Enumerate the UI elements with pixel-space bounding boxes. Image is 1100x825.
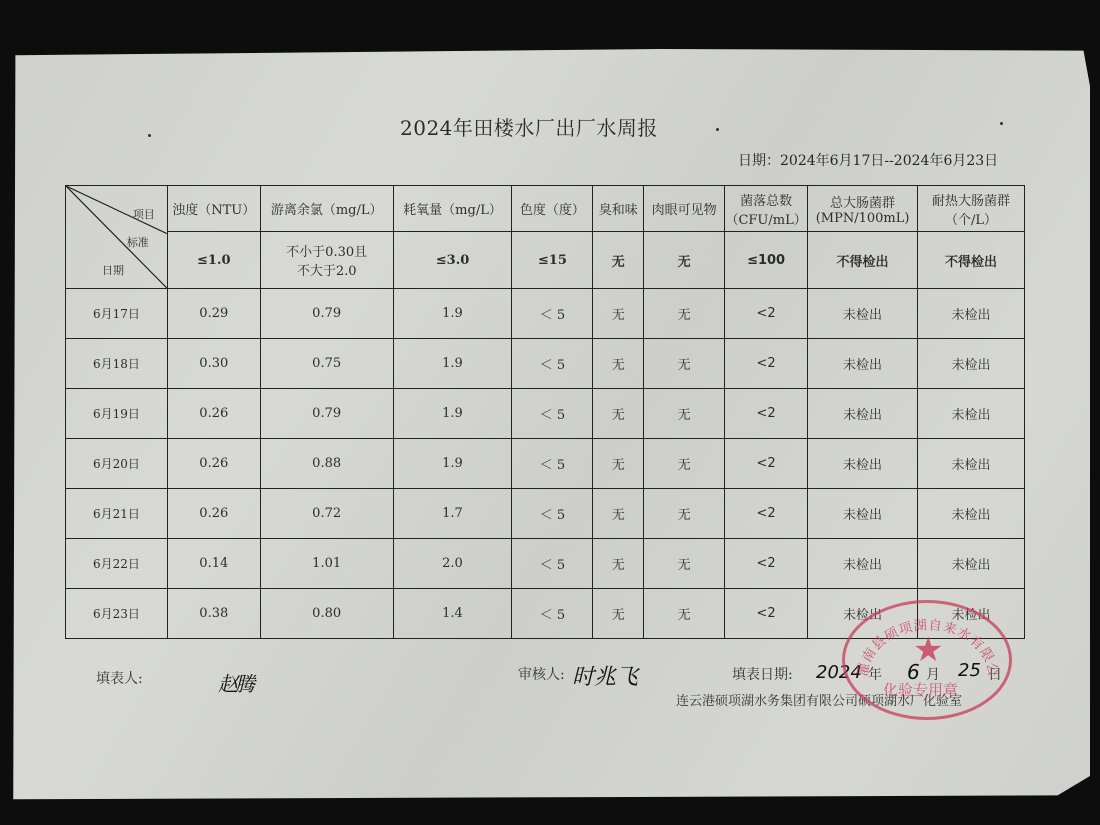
cell-visible: 无 — [644, 589, 725, 639]
std-chlorine-l1: 不小于0.30且 — [286, 245, 367, 260]
cell-turbidity: 0.26 — [167, 439, 260, 489]
cell-thermo: 未检出 — [918, 439, 1025, 489]
std-chlorine-l2: 不大于2.0 — [297, 264, 357, 279]
cell-odor: 无 — [593, 289, 644, 339]
col-header-coliform-l1: 总大肠菌群 — [830, 196, 895, 211]
cell-color: ＜ 5 — [512, 439, 593, 489]
cell-turbidity: 0.14 — [167, 539, 260, 589]
cell-color: ＜ 5 — [512, 289, 593, 339]
speck — [148, 134, 151, 137]
water-quality-table: 项目 标准 日期 浊度（NTU） 游离余氯（mg/L） 耗氧量（mg/L） 色度… — [65, 185, 1025, 639]
cell-chlorine: 1.01 — [260, 539, 393, 589]
standard-row: ≤1.0 不小于0.30且不大于2.0 ≤3.0 ≤15 无 无 ≤100 不得… — [66, 232, 1025, 289]
cell-oxygen: 1.9 — [393, 439, 512, 489]
col-header-visible: 肉眼可见物 — [644, 186, 725, 232]
corner-standard-label: 标准 — [127, 234, 149, 250]
col-header-coliform: 总大肠菌群(MPN/100mL) — [808, 186, 918, 232]
cell-coliform: 未检出 — [808, 389, 918, 439]
std-visible: 无 — [644, 232, 725, 289]
reviewer-signature: 时兆飞 — [572, 660, 638, 691]
table-row: 6月17日 0.29 0.79 1.9 ＜ 5 无 无 <2 未检出 未检出 — [66, 289, 1025, 339]
col-header-thermo-l2: （个/L） — [945, 213, 997, 228]
cell-turbidity: 0.38 — [167, 589, 260, 639]
cell-colony: <2 — [725, 539, 808, 589]
col-header-oxygen: 耗氧量（mg/L） — [393, 186, 512, 232]
cell-oxygen: 1.9 — [393, 339, 512, 389]
cell-thermo: 未检出 — [918, 489, 1025, 539]
official-seal: 灌南县硕项湖自来水有限公司 ★ 化验专用章 — [842, 600, 1012, 720]
cell-turbidity: 0.26 — [167, 489, 260, 539]
table-row: 6月20日 0.26 0.88 1.9 ＜ 5 无 无 <2 未检出 未检出 — [66, 439, 1025, 489]
reviewer-label: 审核人: — [518, 664, 565, 684]
cell-visible: 无 — [644, 389, 725, 439]
row-date: 6月23日 — [66, 589, 168, 639]
cell-odor: 无 — [593, 389, 644, 439]
cell-odor: 无 — [593, 439, 644, 489]
cell-thermo: 未检出 — [918, 339, 1025, 389]
corner-cell: 项目 标准 日期 — [66, 186, 168, 289]
cell-color: ＜ 5 — [512, 489, 593, 539]
cell-odor: 无 — [593, 539, 644, 589]
cell-coliform: 未检出 — [808, 539, 918, 589]
std-odor: 无 — [593, 232, 644, 289]
std-colony: ≤100 — [725, 232, 808, 289]
col-header-colony-l1: 菌落总数 — [740, 194, 792, 209]
row-date: 6月18日 — [66, 339, 168, 389]
cell-oxygen: 1.4 — [393, 589, 512, 639]
fill-date-label: 填表日期: — [732, 664, 793, 684]
cell-oxygen: 1.7 — [393, 489, 512, 539]
cell-color: ＜ 5 — [512, 539, 593, 589]
col-header-color: 色度（度） — [512, 186, 593, 232]
corner-item-label: 项目 — [133, 206, 155, 222]
cell-chlorine: 0.80 — [260, 589, 393, 639]
cell-odor: 无 — [593, 589, 644, 639]
corner-date-label: 日期 — [102, 262, 124, 278]
cell-oxygen: 2.0 — [393, 539, 512, 589]
cell-coliform: 未检出 — [808, 289, 918, 339]
speck — [716, 128, 719, 131]
table-row: 6月19日 0.26 0.79 1.9 ＜ 5 无 无 <2 未检出 未检出 — [66, 389, 1025, 439]
row-date: 6月20日 — [66, 439, 168, 489]
cell-coliform: 未检出 — [808, 439, 918, 489]
std-oxygen: ≤3.0 — [393, 232, 512, 289]
star-icon: ★ — [913, 633, 943, 667]
cell-turbidity: 0.30 — [167, 339, 260, 389]
row-date: 6月19日 — [66, 389, 168, 439]
cell-visible: 无 — [644, 289, 725, 339]
col-header-turbidity: 浊度（NTU） — [167, 186, 260, 232]
cell-colony: <2 — [725, 339, 808, 389]
document-title: 2024年田楼水厂出厂水周报 — [400, 112, 658, 141]
cell-coliform: 未检出 — [808, 339, 918, 389]
cell-chlorine: 0.75 — [260, 339, 393, 389]
cell-turbidity: 0.29 — [167, 289, 260, 339]
cell-visible: 无 — [644, 489, 725, 539]
std-chlorine: 不小于0.30且不大于2.0 — [260, 232, 393, 289]
cell-odor: 无 — [593, 489, 644, 539]
row-date: 6月17日 — [66, 289, 168, 339]
filler-signature: 赵腾 — [218, 668, 252, 697]
row-date: 6月21日 — [66, 489, 168, 539]
std-color: ≤15 — [512, 232, 593, 289]
cell-color: ＜ 5 — [512, 589, 593, 639]
row-date: 6月22日 — [66, 539, 168, 589]
cell-thermo: 未检出 — [918, 539, 1025, 589]
cell-color: ＜ 5 — [512, 339, 593, 389]
cell-colony: <2 — [725, 489, 808, 539]
filler-label: 填表人: — [96, 668, 143, 688]
cell-chlorine: 0.79 — [260, 389, 393, 439]
cell-thermo: 未检出 — [918, 389, 1025, 439]
cell-chlorine: 0.72 — [260, 489, 393, 539]
cell-odor: 无 — [593, 339, 644, 389]
seal-center-text: 化验专用章 — [883, 679, 958, 700]
cell-colony: <2 — [725, 289, 808, 339]
std-coliform: 不得检出 — [808, 232, 918, 289]
cell-chlorine: 0.88 — [260, 439, 393, 489]
col-header-thermo: 耐热大肠菌群（个/L） — [918, 186, 1025, 232]
cell-chlorine: 0.79 — [260, 289, 393, 339]
col-header-colony: 菌落总数（CFU/mL） — [725, 186, 808, 232]
table-row: 6月22日 0.14 1.01 2.0 ＜ 5 无 无 <2 未检出 未检出 — [66, 539, 1025, 589]
cell-visible: 无 — [644, 339, 725, 389]
cell-colony: <2 — [725, 389, 808, 439]
cell-visible: 无 — [644, 539, 725, 589]
col-header-coliform-l2: (MPN/100mL) — [816, 211, 910, 226]
col-header-thermo-l1: 耐热大肠菌群 — [932, 194, 1010, 209]
cell-visible: 无 — [644, 439, 725, 489]
speck — [1000, 122, 1003, 125]
cell-color: ＜ 5 — [512, 389, 593, 439]
cell-colony: <2 — [725, 439, 808, 489]
table-row: 6月18日 0.30 0.75 1.9 ＜ 5 无 无 <2 未检出 未检出 — [66, 339, 1025, 389]
date-range: 日期：2024年6月17日--2024年6月23日 — [738, 150, 998, 170]
cell-coliform: 未检出 — [808, 489, 918, 539]
cell-colony: <2 — [725, 589, 808, 639]
table-row: 6月21日 0.26 0.72 1.7 ＜ 5 无 无 <2 未检出 未检出 — [66, 489, 1025, 539]
col-header-colony-l2: （CFU/mL） — [725, 213, 806, 228]
header-row: 项目 标准 日期 浊度（NTU） 游离余氯（mg/L） 耗氧量（mg/L） 色度… — [66, 186, 1025, 232]
std-thermo: 不得检出 — [918, 232, 1025, 289]
cell-oxygen: 1.9 — [393, 289, 512, 339]
cell-thermo: 未检出 — [918, 289, 1025, 339]
std-turbidity: ≤1.0 — [167, 232, 260, 289]
col-header-odor: 臭和味 — [593, 186, 644, 232]
col-header-chlorine: 游离余氯（mg/L） — [260, 186, 393, 232]
cell-turbidity: 0.26 — [167, 389, 260, 439]
cell-oxygen: 1.9 — [393, 389, 512, 439]
